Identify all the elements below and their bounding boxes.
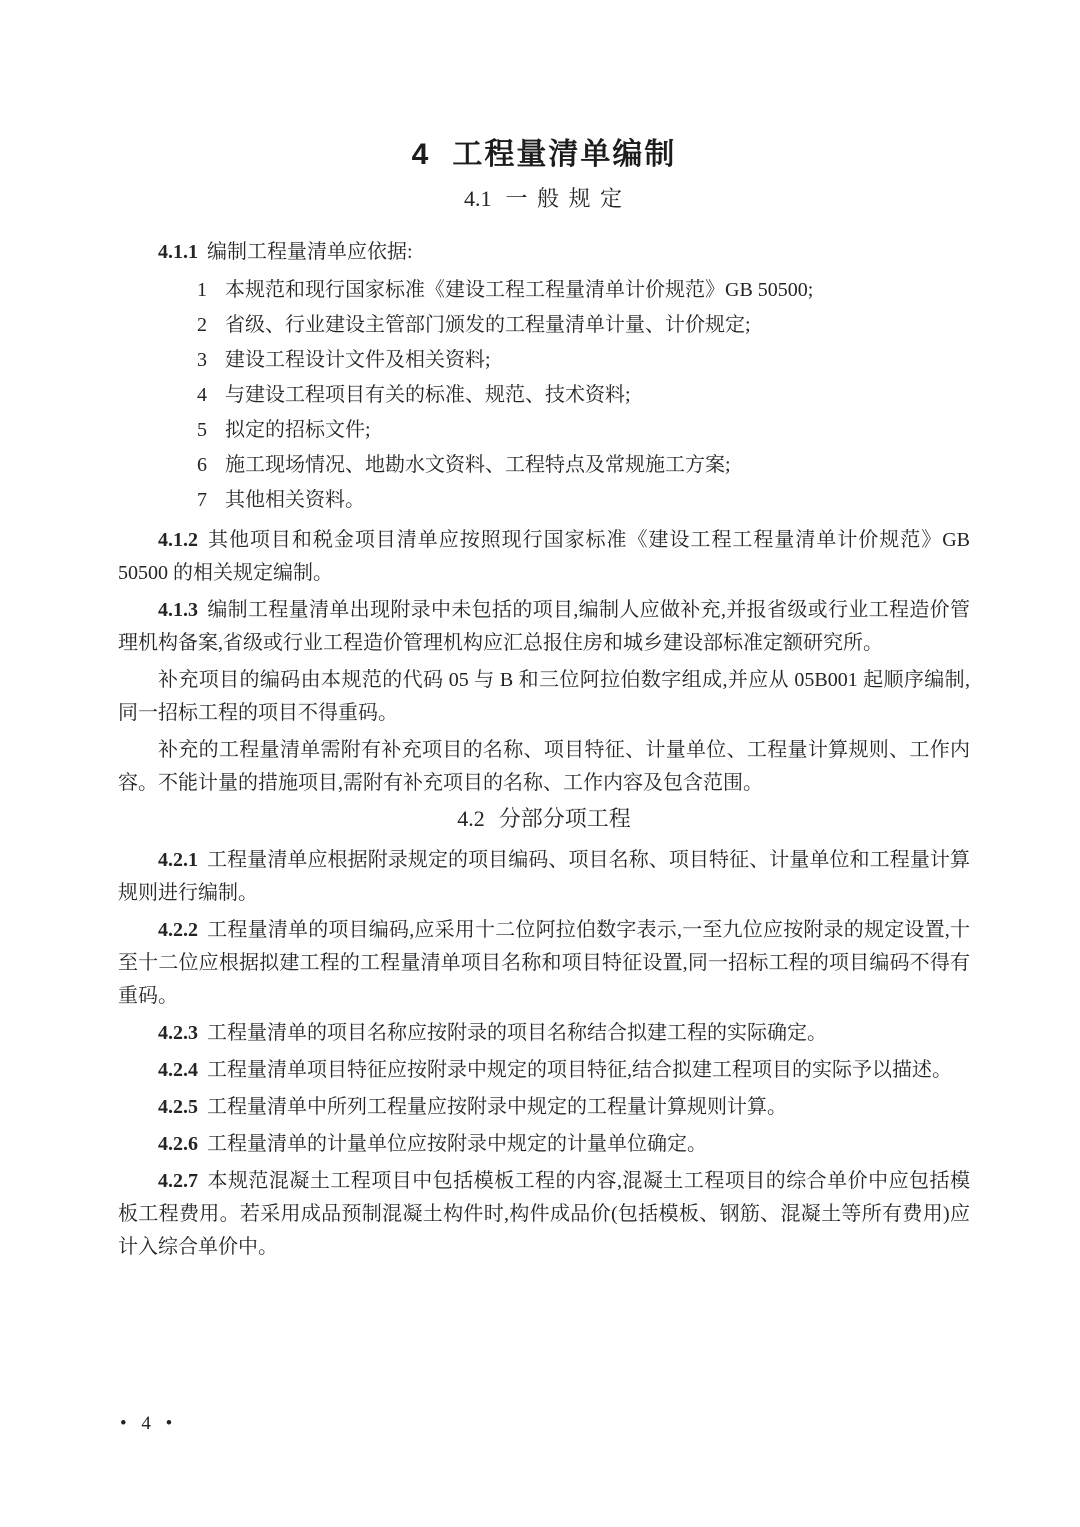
basis-item-3-number: 3: [197, 343, 225, 378]
basis-item-7-text: 其他相关资料。: [225, 489, 365, 511]
chapter-title: 工程量清单编制: [452, 138, 676, 171]
basis-item-6-number: 6: [197, 448, 225, 483]
clause-4-2-1-number: 4.2.1: [158, 849, 198, 871]
section-4-1-title: 一 般 规 定: [505, 186, 624, 211]
basis-list-item-5: 5拟定的招标文件;: [197, 413, 970, 448]
clause-4-1-2-number: 4.1.2: [158, 529, 198, 551]
section-4-1-heading: 4.1一 般 规 定: [118, 184, 970, 214]
section-4-2-heading: 4.2分部分项工程: [118, 804, 970, 834]
clause-4-1-1-number: 4.1.1: [158, 241, 198, 263]
clause-4-2-6-text: 工程量清单的计量单位应按附录中规定的计量单位确定。: [207, 1133, 707, 1155]
chapter-heading: 4工程量清单编制: [118, 138, 970, 172]
basis-item-4-text: 与建设工程项目有关的标准、规范、技术资料;: [225, 384, 631, 406]
paragraph-supplement-list: 补充的工程量清单需附有补充项目的名称、项目特征、计量单位、工程量计算规则、工作内…: [118, 734, 970, 800]
clause-4-1-2-text: 其他项目和税金项目清单应按照现行国家标准《建设工程工程量清单计价规范》GB 50…: [118, 529, 970, 584]
basis-list: 1本规范和现行国家标准《建设工程工程量清单计价规范》GB 50500; 2省级、…: [118, 273, 970, 518]
clause-4-2-2: 4.2.2工程量清单的项目编码,应采用十二位阿拉伯数字表示,一至九位应按附录的规…: [118, 914, 970, 1013]
clause-4-2-5-number: 4.2.5: [158, 1096, 198, 1118]
clause-4-1-1: 4.1.1编制工程量清单应依据:: [118, 236, 970, 269]
basis-item-2-number: 2: [197, 308, 225, 343]
basis-list-item-4: 4与建设工程项目有关的标准、规范、技术资料;: [197, 378, 970, 413]
basis-list-item-2: 2省级、行业建设主管部门颁发的工程量清单计量、计价规定;: [197, 308, 970, 343]
clause-4-1-2: 4.1.2其他项目和税金项目清单应按照现行国家标准《建设工程工程量清单计价规范》…: [118, 524, 970, 590]
basis-item-1-number: 1: [197, 273, 225, 308]
paragraph-supplement-code: 补充项目的编码由本规范的代码 05 与 B 和三位阿拉伯数字组成,并应从 05B…: [118, 664, 970, 730]
clause-4-2-3-text: 工程量清单的项目名称应按附录的项目名称结合拟建工程的实际确定。: [207, 1022, 827, 1044]
clause-4-2-4-number: 4.2.4: [158, 1059, 198, 1081]
basis-item-1-text: 本规范和现行国家标准《建设工程工程量清单计价规范》GB 50500;: [225, 279, 813, 301]
clause-4-2-3: 4.2.3工程量清单的项目名称应按附录的项目名称结合拟建工程的实际确定。: [118, 1017, 970, 1050]
clause-4-1-3: 4.1.3编制工程量清单出现附录中未包括的项目,编制人应做补充,并报省级或行业工…: [118, 594, 970, 660]
basis-list-item-7: 7其他相关资料。: [197, 483, 970, 518]
clause-4-2-7-number: 4.2.7: [158, 1170, 198, 1192]
clause-4-2-5-text: 工程量清单中所列工程量应按附录中规定的工程量计算规则计算。: [207, 1096, 787, 1118]
section-4-1-number: 4.1: [464, 186, 492, 211]
clause-4-1-1-text: 编制工程量清单应依据:: [207, 241, 413, 263]
clause-4-2-2-number: 4.2.2: [158, 919, 198, 941]
section-4-2-title: 分部分项工程: [499, 806, 631, 831]
clause-4-2-1-text: 工程量清单应根据附录规定的项目编码、项目名称、项目特征、计量单位和工程量计算规则…: [118, 849, 970, 904]
basis-item-5-number: 5: [197, 413, 225, 448]
basis-item-2-text: 省级、行业建设主管部门颁发的工程量清单计量、计价规定;: [225, 314, 751, 336]
document-page: 4工程量清单编制 4.1一 般 规 定 4.1.1编制工程量清单应依据: 1本规…: [0, 0, 1080, 1527]
clause-4-2-5: 4.2.5工程量清单中所列工程量应按附录中规定的工程量计算规则计算。: [118, 1091, 970, 1124]
basis-list-item-3: 3建设工程设计文件及相关资料;: [197, 343, 970, 378]
clause-4-2-1: 4.2.1工程量清单应根据附录规定的项目编码、项目名称、项目特征、计量单位和工程…: [118, 844, 970, 910]
basis-list-item-6: 6施工现场情况、地勘水文资料、工程特点及常规施工方案;: [197, 448, 970, 483]
section-4-2-number: 4.2: [457, 806, 485, 831]
clause-4-2-2-text: 工程量清单的项目编码,应采用十二位阿拉伯数字表示,一至九位应按附录的规定设置,十…: [118, 919, 970, 1007]
clause-4-2-6: 4.2.6工程量清单的计量单位应按附录中规定的计量单位确定。: [118, 1128, 970, 1161]
basis-item-5-text: 拟定的招标文件;: [225, 419, 371, 441]
clause-4-2-4: 4.2.4工程量清单项目特征应按附录中规定的项目特征,结合拟建工程项目的实际予以…: [118, 1054, 970, 1087]
clause-4-2-7: 4.2.7本规范混凝土工程项目中包括模板工程的内容,混凝土工程项目的综合单价中应…: [118, 1165, 970, 1264]
basis-item-4-number: 4: [197, 378, 225, 413]
clause-4-2-6-number: 4.2.6: [158, 1133, 198, 1155]
clause-4-2-4-text: 工程量清单项目特征应按附录中规定的项目特征,结合拟建工程项目的实际予以描述。: [207, 1059, 952, 1081]
chapter-number: 4: [412, 138, 429, 171]
clause-4-2-7-text: 本规范混凝土工程项目中包括模板工程的内容,混凝土工程项目的综合单价中应包括模板工…: [118, 1170, 970, 1258]
basis-list-item-1: 1本规范和现行国家标准《建设工程工程量清单计价规范》GB 50500;: [197, 273, 970, 308]
basis-item-6-text: 施工现场情况、地勘水文资料、工程特点及常规施工方案;: [225, 454, 731, 476]
clause-4-1-3-text: 编制工程量清单出现附录中未包括的项目,编制人应做补充,并报省级或行业工程造价管理…: [118, 599, 970, 654]
page-number: • 4 •: [120, 1412, 177, 1436]
document-content: 4工程量清单编制 4.1一 般 规 定 4.1.1编制工程量清单应依据: 1本规…: [118, 0, 970, 1268]
clause-4-1-3-number: 4.1.3: [158, 599, 198, 621]
clause-4-2-3-number: 4.2.3: [158, 1022, 198, 1044]
basis-item-3-text: 建设工程设计文件及相关资料;: [225, 349, 491, 371]
basis-item-7-number: 7: [197, 483, 225, 518]
